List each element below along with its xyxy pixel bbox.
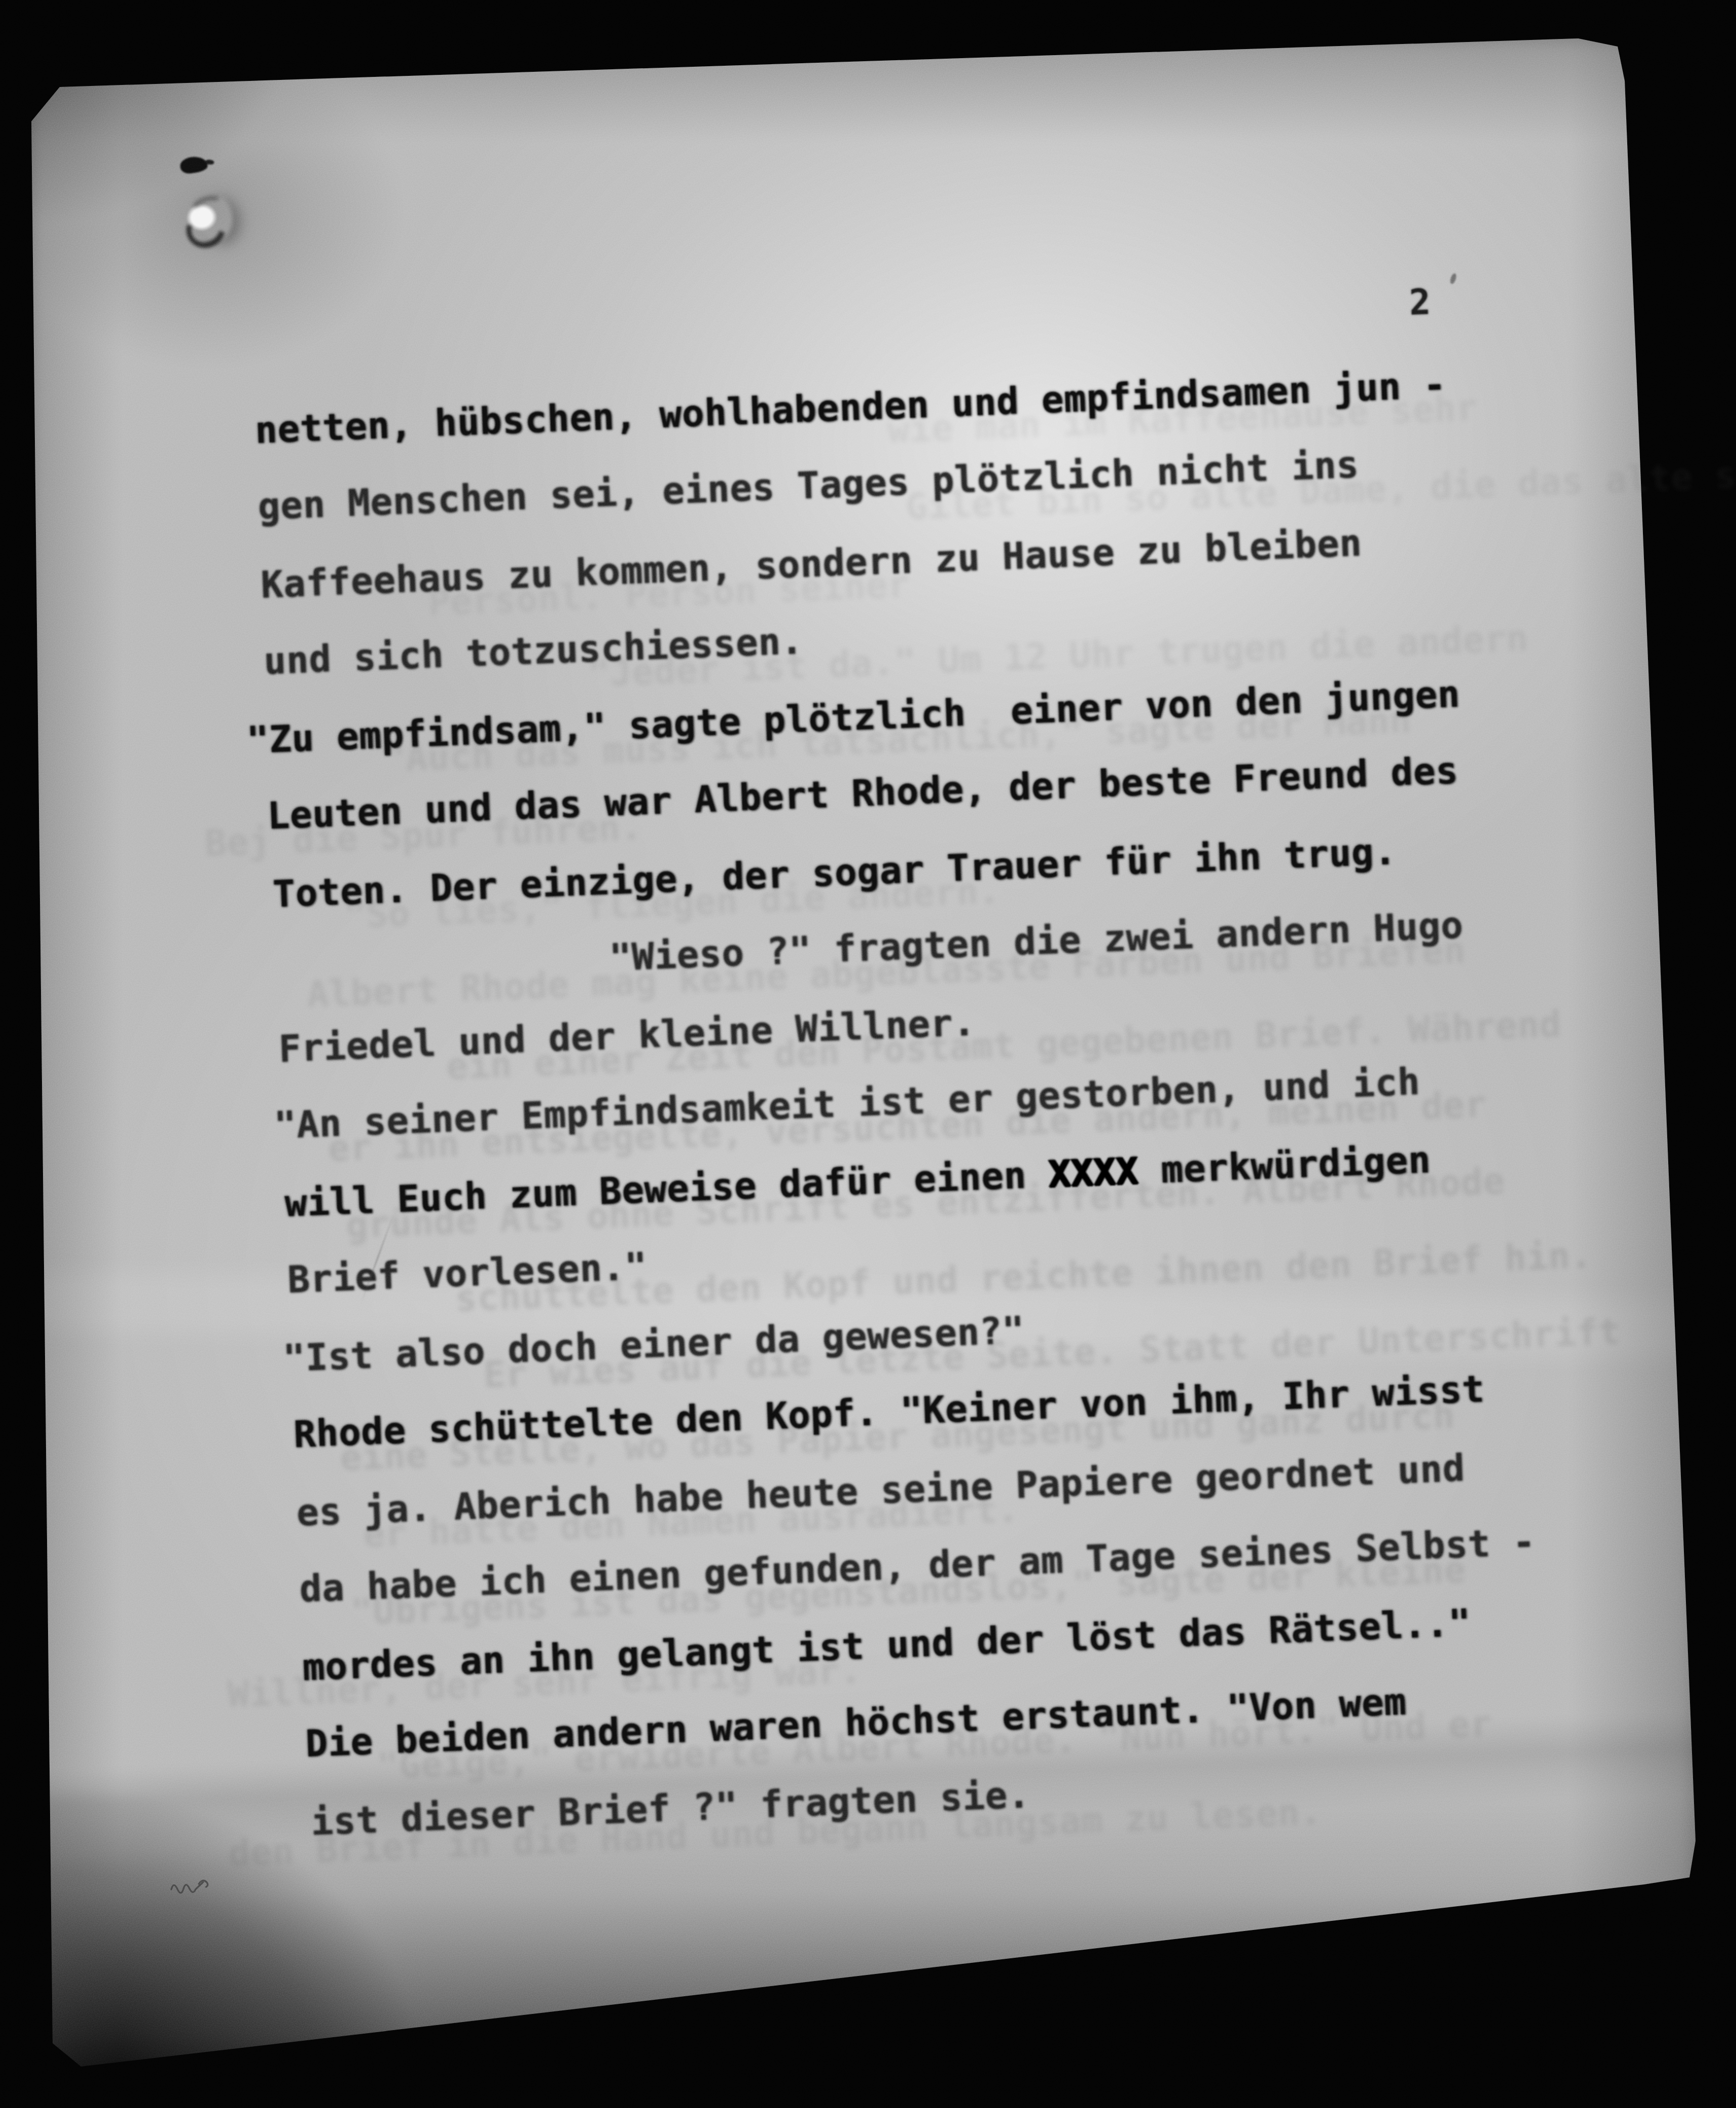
manuscript-photo: wie man im Kaffeehause sehrGilet bin so … (0, 0, 1736, 2108)
page-number: 2 (1408, 279, 1431, 326)
paper-tear-mark (180, 197, 229, 244)
overstruck-word: XXXX (1048, 1150, 1139, 1196)
typed-text-block: wie man im Kaffeehause sehrGilet bin so … (253, 341, 1605, 1887)
typed-lines: netten, hübschen, wohlhabenden und empfi… (253, 341, 1604, 1860)
